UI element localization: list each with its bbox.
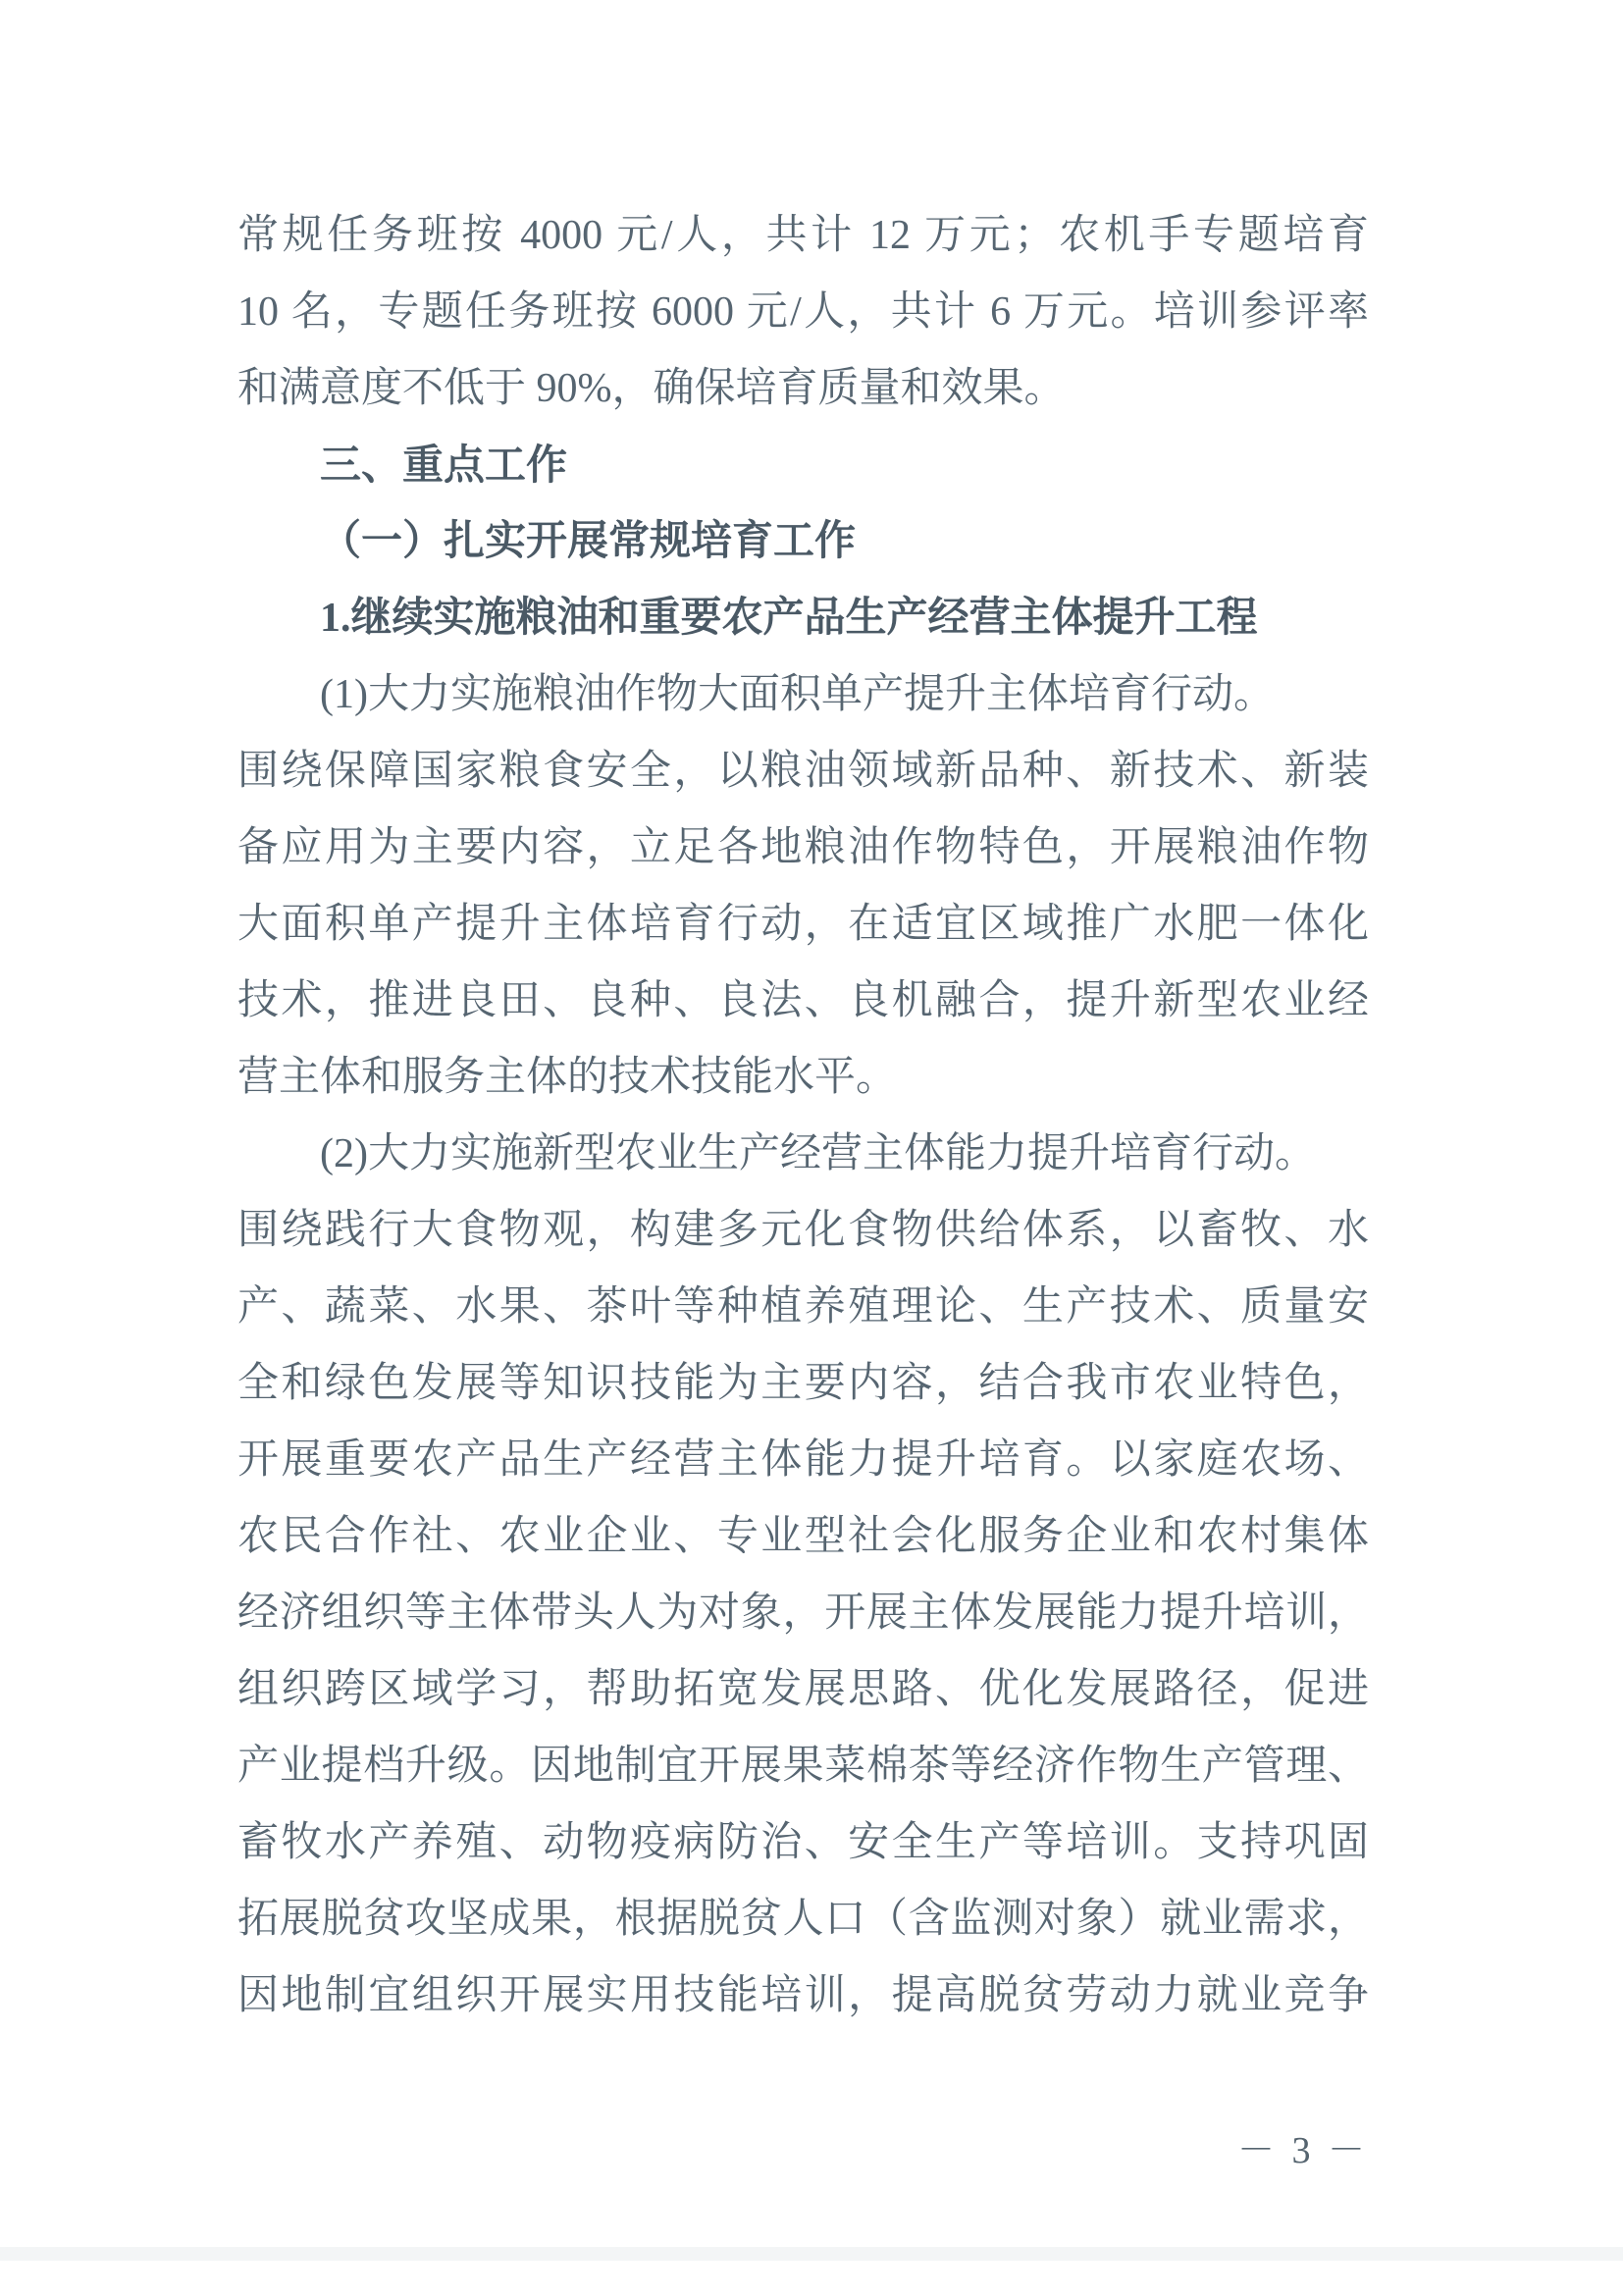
- text-line: 组织跨区域学习，帮助拓宽发展思路、优化发展路径，促进: [237, 1651, 1369, 1728]
- text-line: 备应用为主要内容，立足各地粮油作物特色，开展粮油作物: [237, 809, 1369, 886]
- text-line: 畜牧水产养殖、动物疫病防治、安全生产等培训。支持巩固: [237, 1804, 1369, 1881]
- text-line: 技术，推进良田、良种、良法、良机融合，提升新型农业经: [237, 963, 1369, 1039]
- scan-edge-artifact: [0, 2247, 1623, 2261]
- document-lines: 常规任务班按 4000 元/人，共计 12 万元；农机手专题培育10 名，专题任…: [237, 197, 1369, 2034]
- text-line: 产、蔬菜、水果、茶叶等种植养殖理论、生产技术、质量安: [237, 1269, 1369, 1345]
- text-line: 农民合作社、农业企业、专业型社会化服务企业和农村集体: [237, 1498, 1369, 1575]
- text-line: 产业提档升级。因地制宜开展果菜棉茶等经济作物生产管理、: [237, 1728, 1369, 1804]
- text-line: 围绕保障国家粮食安全，以粮油领域新品种、新技术、新装: [237, 733, 1369, 809]
- text-line: (1)大力实施粮油作物大面积单产提升主体培育行动。: [237, 656, 1369, 733]
- document-page: 常规任务班按 4000 元/人，共计 12 万元；农机手专题培育10 名，专题任…: [0, 0, 1623, 2296]
- text-line: (2)大力实施新型农业生产经营主体能力提升培育行动。: [237, 1116, 1369, 1192]
- text-line: 围绕践行大食物观，构建多元化食物供给体系，以畜牧、水: [237, 1192, 1369, 1269]
- text-line: 全和绿色发展等知识技能为主要内容，结合我市农业特色，: [237, 1345, 1369, 1422]
- heading-line: （一）扎实开展常规培育工作: [237, 503, 1369, 580]
- text-line: 因地制宜组织开展实用技能培训，提高脱贫劳动力就业竞争: [237, 1957, 1369, 2034]
- heading-line: 1.继续实施粮油和重要农产品生产经营主体提升工程: [237, 580, 1369, 656]
- text-line: 拓展脱贫攻坚成果，根据脱贫人口（含监测对象）就业需求，: [237, 1881, 1369, 1957]
- text-line: 大面积单产提升主体培育行动，在适宜区域推广水肥一体化: [237, 886, 1369, 963]
- text-line: 常规任务班按 4000 元/人，共计 12 万元；农机手专题培育: [237, 197, 1369, 274]
- text-line: 和满意度不低于 90%，确保培育质量和效果。: [237, 350, 1369, 427]
- text-line: 10 名，专题任务班按 6000 元/人，共计 6 万元。培训参评率: [237, 274, 1369, 350]
- text-line: 开展重要农产品生产经营主体能力提升培育。以家庭农场、: [237, 1422, 1369, 1498]
- page-number: － 3 －: [237, 2119, 1369, 2182]
- text-line: 经济组织等主体带头人为对象，开展主体发展能力提升培训，: [237, 1575, 1369, 1651]
- heading-line: 三、重点工作: [237, 427, 1369, 503]
- text-line: 营主体和服务主体的技术技能水平。: [237, 1039, 1369, 1116]
